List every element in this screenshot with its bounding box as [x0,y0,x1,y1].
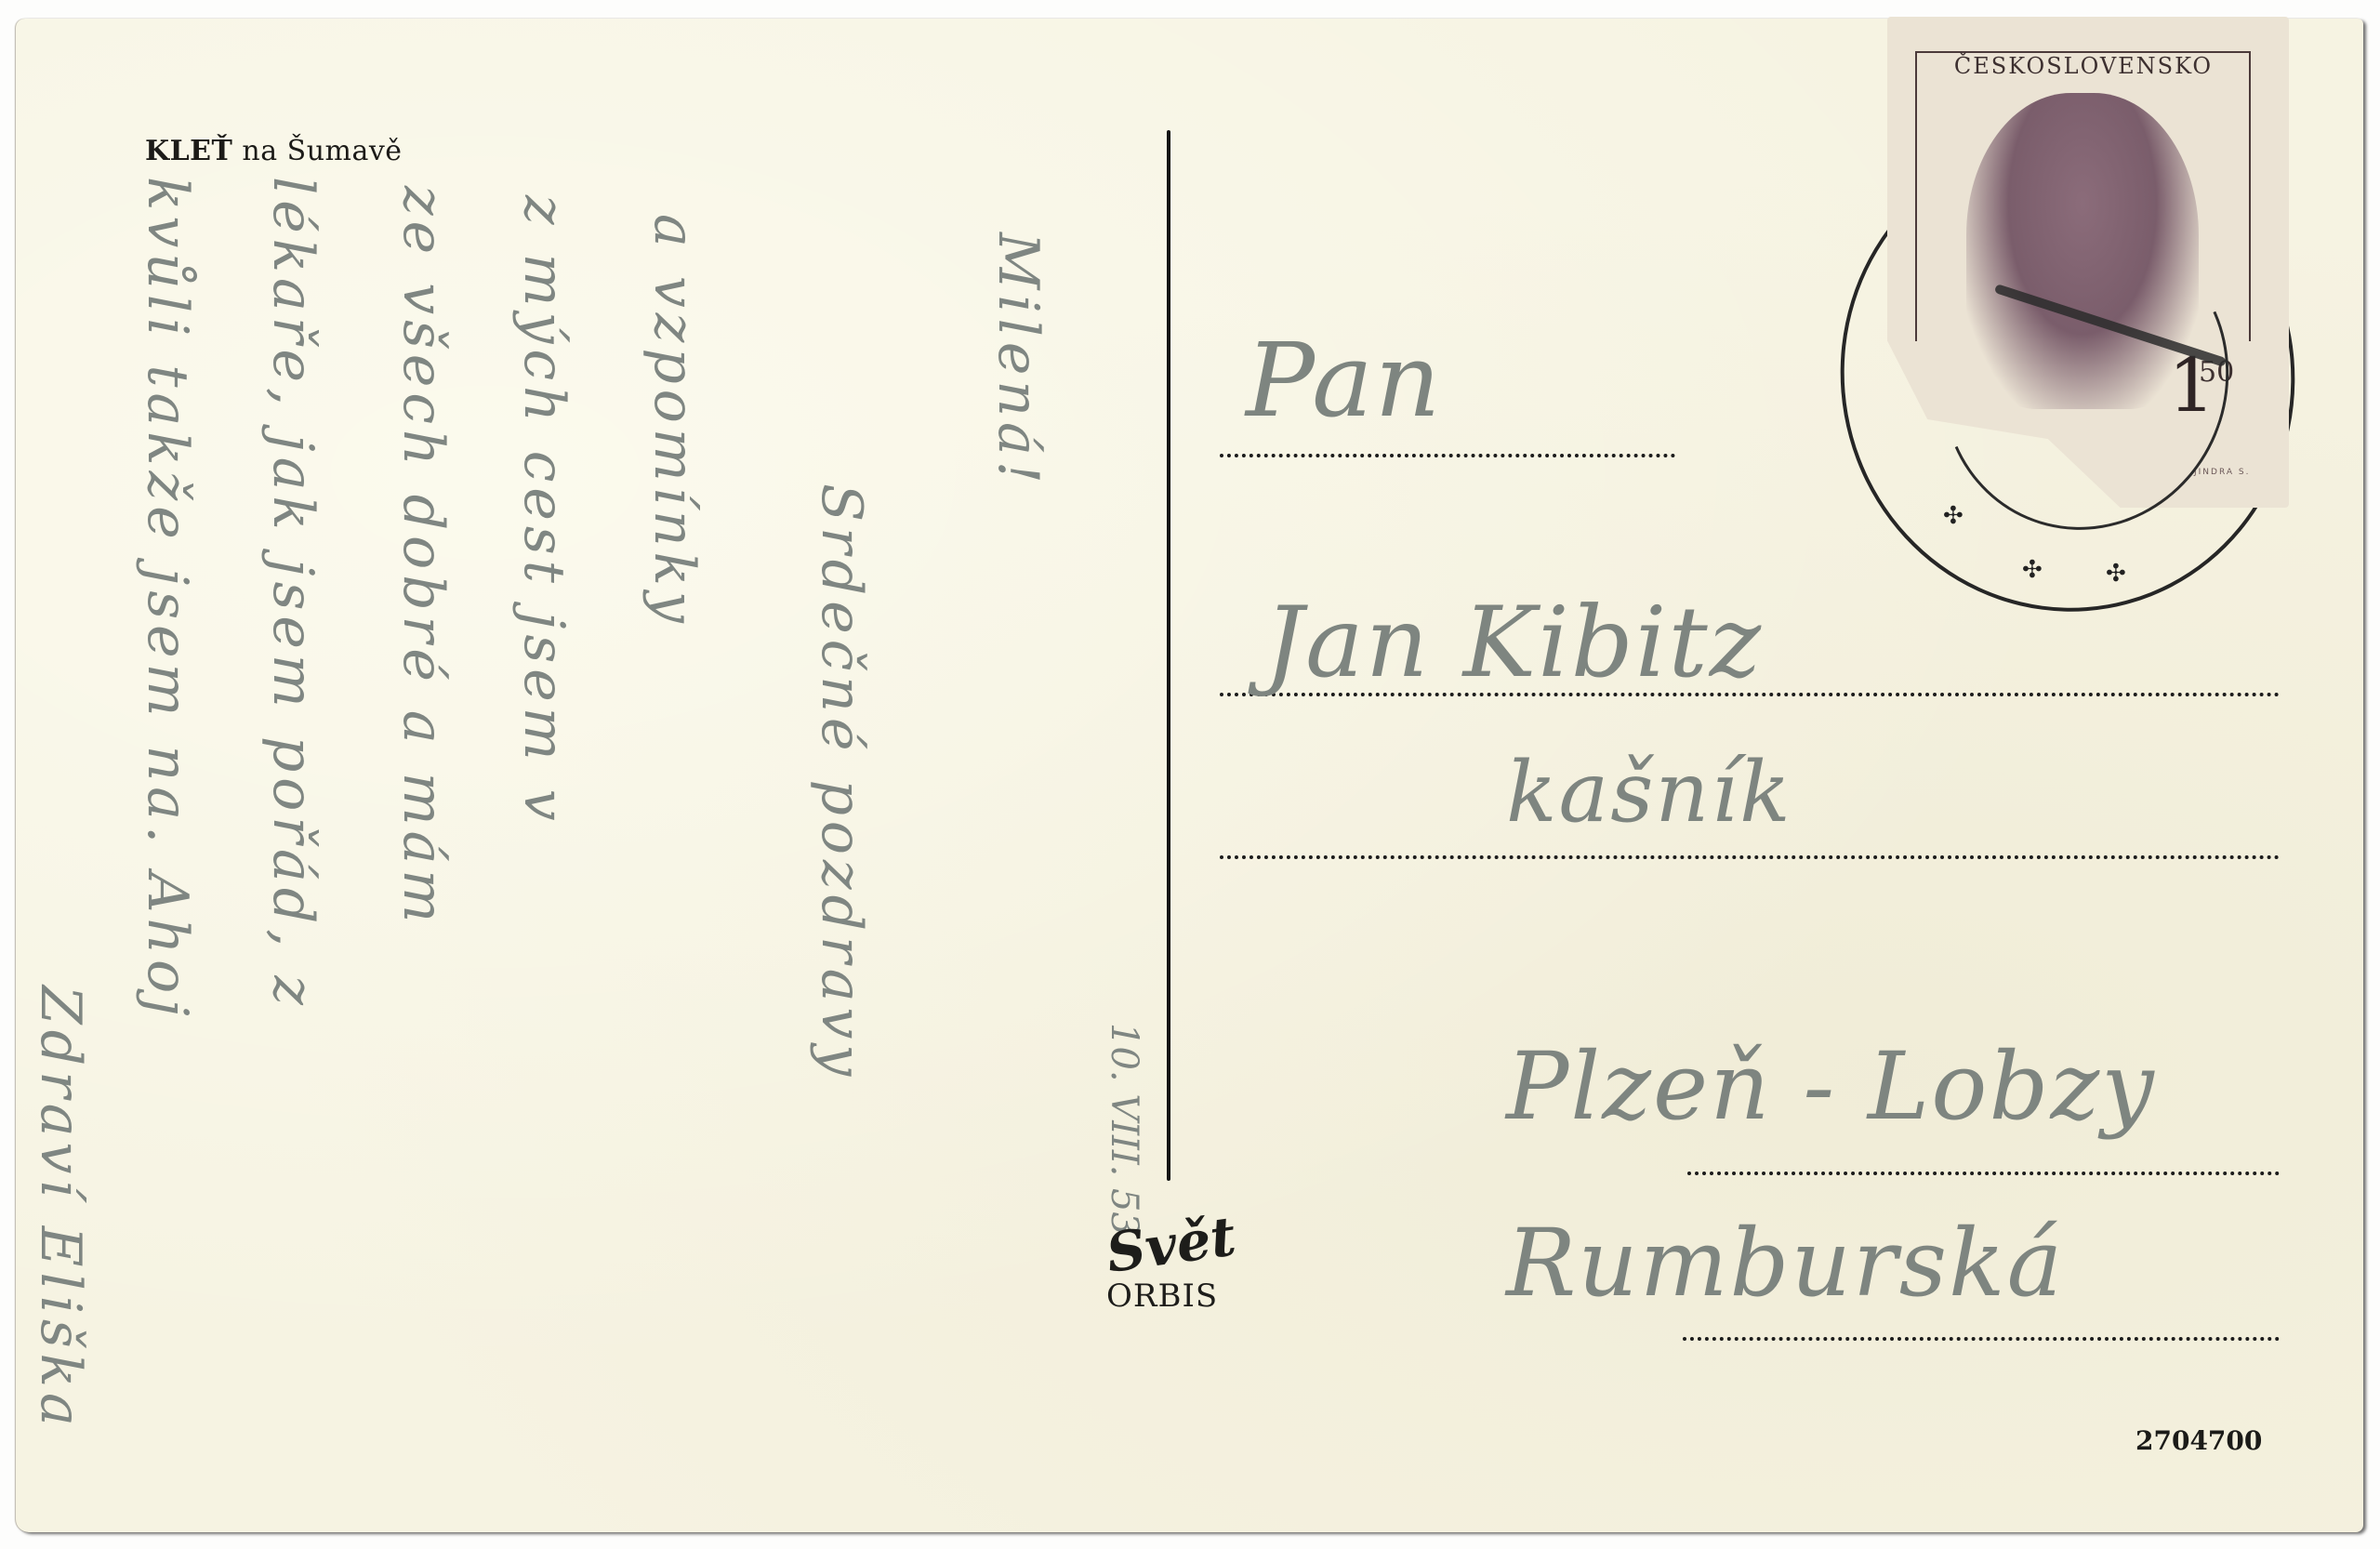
address-line [1683,1337,2280,1341]
message-date: 10. VIII. 53 [1103,1023,1145,1236]
address-street: Rumburská [1506,1209,2064,1317]
postmark-star-icon: ✣ [2022,556,2043,584]
message-line: Zdraví Eliška [28,986,93,1432]
serial-number: 2704700 [2135,1425,2262,1456]
message-line: a vzpomínky [641,214,707,629]
message-line: kvůli takže jsem na. Ahoj [135,177,200,1022]
address-name: Jan Kibitz [1264,586,1763,699]
address-salutation: Pan [1246,321,1443,440]
postcard-title: KLEŤ na Šumavě [145,135,403,167]
publisher-mark: Svět ORBIS [1106,1218,1218,1315]
address-line [1220,855,2280,859]
center-divider [1167,130,1170,1181]
postmark-star-icon: ✣ [1943,502,1963,530]
message-line: Srdečné pozdravy [809,483,874,1081]
postmark-star-icon: ✣ [2106,560,2126,588]
stamp-country: ČESKOSLOVENSKO [1921,53,2246,79]
message-line: ze všech dobré a mám [390,186,456,928]
message-line: Milená! [985,232,1051,489]
address-city: Plzeň - Lobzy [1506,1032,2156,1141]
message-line: z mých cest jsem v [511,195,576,827]
message-line: lékaře, jak jsem pořád, z [260,177,325,1011]
address-line [1220,454,1675,457]
address-occupation: kašník [1506,744,1792,841]
stamp-engraver: JINDRA S. [2194,468,2250,477]
publisher-logo: Svět [1103,1211,1221,1281]
address-line [1687,1172,2280,1175]
